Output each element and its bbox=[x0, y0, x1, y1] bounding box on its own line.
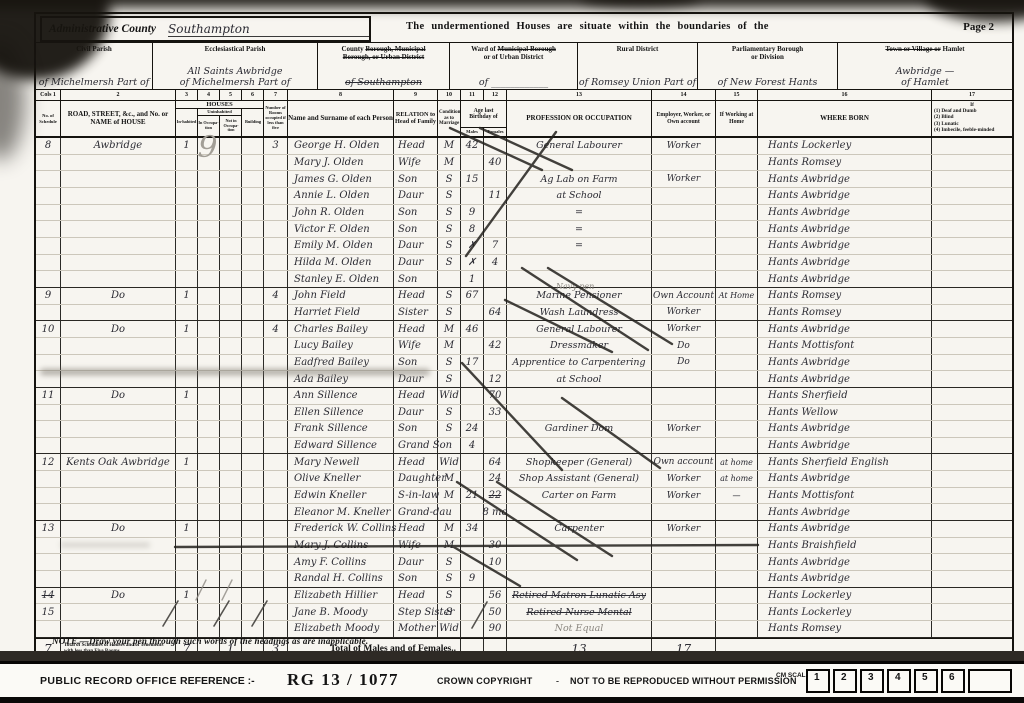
column-number: 5 bbox=[220, 90, 242, 100]
table-row: Olive KnellerDaughterM24Shop Assistant (… bbox=[36, 471, 1012, 488]
column-number: 14 bbox=[652, 90, 716, 100]
header-schedule: No. of Schedule bbox=[36, 101, 61, 136]
table-row: Edward SillenceGrand Son4Hants Awbridge bbox=[36, 438, 1012, 455]
column-number: 7 bbox=[264, 90, 288, 100]
table-row: Mary J. OldenWifeM40Hants Romsey bbox=[36, 155, 1012, 172]
header-age-group: Age last Birthday of Males Females bbox=[461, 101, 507, 136]
table-row: 13Do1Frederick W. CollinsHeadM34Carpente… bbox=[36, 521, 1012, 538]
table-header: No. of Schedule ROAD, STREET, &c., and N… bbox=[36, 101, 1012, 138]
reference-value: RG 13 / 1077 bbox=[287, 670, 399, 690]
table-row: James G. OldenSonS15Ag Lab on FarmWorker… bbox=[36, 171, 1012, 188]
district-box: Parliamentary Boroughor Divisionof New F… bbox=[698, 43, 838, 89]
column-number: 10 bbox=[438, 90, 461, 100]
header-females: Females bbox=[484, 128, 507, 136]
column-number: 13 bbox=[507, 90, 652, 100]
scale-cell: 3 bbox=[860, 669, 884, 693]
header-working-at-home: If Working at Home bbox=[716, 101, 758, 136]
table-row: 11Do1Ann SillenceHeadWid70Hants Sherfiel… bbox=[36, 388, 1012, 405]
table-row: Lucy BaileyWifeM42DressmakerDoHants Mott… bbox=[36, 338, 1012, 355]
header-uninhabited: Uninhabited bbox=[198, 109, 241, 116]
header-road: ROAD, STREET, &c., and No. or NAME of HO… bbox=[61, 101, 176, 136]
cm-scale-label: CM SCALE bbox=[776, 672, 802, 680]
header-name: Name and Surname of each Person bbox=[288, 101, 394, 136]
scan-smear bbox=[40, 369, 430, 375]
column-number: 9 bbox=[394, 90, 438, 100]
header-males: Males bbox=[461, 128, 484, 136]
table-row: Victor F. OldenSonS8=Hants Awbridge bbox=[36, 221, 1012, 238]
census-form: Administrative County Southampton The un… bbox=[34, 12, 1014, 669]
pencil-annotation-nine: 9 bbox=[197, 129, 218, 165]
footnote: NOTE.—Draw your pen through such words o… bbox=[52, 636, 368, 646]
table-row: Edwin KnellerS-in-lawM2122Carter on Farm… bbox=[36, 488, 1012, 505]
page-number: Page 2 bbox=[963, 21, 994, 33]
table-body: 8Awbridge13George H. OldenHeadM42General… bbox=[36, 138, 1012, 638]
scale-cell: 5 bbox=[914, 669, 938, 693]
district-boxes: Civil Parishof Michelmersh Part ofEccles… bbox=[36, 43, 1012, 90]
public-record-office-label: PUBLIC RECORD OFFICE bbox=[40, 675, 177, 687]
column-number: 15 bbox=[716, 90, 758, 100]
column-number: 8 bbox=[288, 90, 394, 100]
table-row: 8Awbridge13George H. OldenHeadM42General… bbox=[36, 138, 1012, 155]
column-numbers-row: Cols 1234567891011121314151617 bbox=[36, 90, 1012, 101]
column-number: 12 bbox=[484, 90, 507, 100]
column-number: 6 bbox=[242, 90, 264, 100]
column-number: 2 bbox=[61, 90, 176, 100]
column-number: Cols 1 bbox=[36, 90, 61, 100]
permission-notice: NOT TO BE REPRODUCED WITHOUT PERMISSION bbox=[570, 676, 797, 686]
district-box: County Borough, MunicipalBorough, or Urb… bbox=[318, 43, 450, 89]
form-top-band: Administrative County Southampton The un… bbox=[36, 14, 1012, 43]
table-row: Emily M. OldenDaurS✗7=Hants Awbridge bbox=[36, 238, 1012, 255]
table-row: Eleanor M. KnellerGrand-dau8 moHants Awb… bbox=[36, 504, 1012, 521]
reference-label: REFERENCE :- bbox=[180, 675, 255, 687]
column-number: 16 bbox=[758, 90, 932, 100]
table-row: 15Jane B. MoodyStep SisterS50Retired Nur… bbox=[36, 604, 1012, 621]
header-inhabited: In-habited bbox=[176, 109, 198, 136]
table-row: Annie L. OldenDaurS11at SchoolHants Awbr… bbox=[36, 188, 1012, 205]
column-number: 4 bbox=[198, 90, 220, 100]
scale-cell: 4 bbox=[887, 669, 911, 693]
table-row: 9Do14John FieldHeadS67Marine PensionerNa… bbox=[36, 288, 1012, 305]
table-row: 12Kents Oak Awbridge1Mary NewellHeadWid6… bbox=[36, 454, 1012, 471]
cm-scale-ruler: 123456 bbox=[806, 669, 1012, 693]
scale-cell: 6 bbox=[941, 669, 965, 693]
header-age: Age last Birthday of bbox=[461, 101, 506, 127]
header-where-born: WHERE BORN bbox=[758, 101, 932, 136]
table-row: Stanley E. OldenSon1Hants Awbridge bbox=[36, 271, 1012, 288]
table-row: John R. OldenSonS9=Hants Awbridge bbox=[36, 205, 1012, 222]
table-row: Amy F. CollinsDaurS10Hants Awbridge bbox=[36, 554, 1012, 571]
header-houses-group: HOUSES In-habited Uninhabited In Occupa-… bbox=[176, 101, 264, 136]
district-box: Rural Districtof Romsey Union Part of bbox=[578, 43, 698, 89]
header-building: Building bbox=[242, 109, 264, 136]
scale-cell-empty bbox=[968, 669, 1012, 693]
column-number: 17 bbox=[932, 90, 1012, 100]
header-employer: Employer, Worker, or Own account bbox=[652, 101, 716, 136]
header-infirmities: If (1) Deaf and Dumb (2) Blind (3) Lunat… bbox=[932, 101, 1012, 136]
administrative-county-value: Southampton bbox=[168, 22, 369, 37]
table-row: Hilda M. OldenDaurS✗4Hants Awbridge bbox=[36, 255, 1012, 272]
header-profession: PROFESSION OR OCCUPATION bbox=[507, 101, 652, 136]
district-box: Ecclesiastical ParishAll Saints Awbridge… bbox=[153, 43, 318, 89]
header-rooms: Number of Rooms occupied if less than fi… bbox=[264, 101, 288, 136]
scan-smear bbox=[60, 543, 150, 547]
record-office-footer: PUBLIC RECORD OFFICE REFERENCE :- RG 13 … bbox=[0, 661, 1024, 697]
header-houses: HOUSES bbox=[176, 101, 263, 109]
table-row: Mary J. CollinsWifeM30Hants Braishfield bbox=[36, 538, 1012, 555]
table-row: 14Do1Elizabeth HillierHeadS56Retired Mat… bbox=[36, 588, 1012, 605]
column-number: 11 bbox=[461, 90, 484, 100]
table-row: Randal H. CollinsSonS9Hants Awbridge bbox=[36, 571, 1012, 588]
crown-copyright-label: CROWN COPYRIGHT bbox=[437, 676, 533, 686]
table-row: 10Do14Charles BaileyHeadM46General Labou… bbox=[36, 321, 1012, 338]
header-relation: RELATION to Head of Family bbox=[394, 101, 438, 136]
undermentioned-houses-text: The undermentioned Houses are situate wi… bbox=[406, 21, 906, 32]
column-number: 3 bbox=[176, 90, 198, 100]
district-box: Ward of Municipal Boroughor of Urban Dis… bbox=[450, 43, 578, 89]
header-not-in-occupation: Not in Occupa-tion bbox=[220, 116, 242, 136]
table-row: Ellen SillenceDaurS33Hants Wellow bbox=[36, 405, 1012, 422]
scan-top-edge bbox=[0, 0, 1024, 8]
census-scan-page: Administrative County Southampton The un… bbox=[0, 0, 1024, 703]
scan-bottom-edge bbox=[0, 697, 1024, 703]
scan-shadow-band bbox=[0, 651, 1024, 661]
table-row: Harriet FieldSisterS64Wash LaundressWork… bbox=[36, 305, 1012, 322]
table-row: Frank SillenceSonS24Gardiner DomWorkerHa… bbox=[36, 421, 1012, 438]
scale-cell: 1 bbox=[806, 669, 830, 693]
scale-cell: 2 bbox=[833, 669, 857, 693]
header-condition: Condition as to Marriage bbox=[438, 101, 461, 136]
district-box: Town or Village or HamletAwbridge —of Ha… bbox=[838, 43, 1012, 89]
